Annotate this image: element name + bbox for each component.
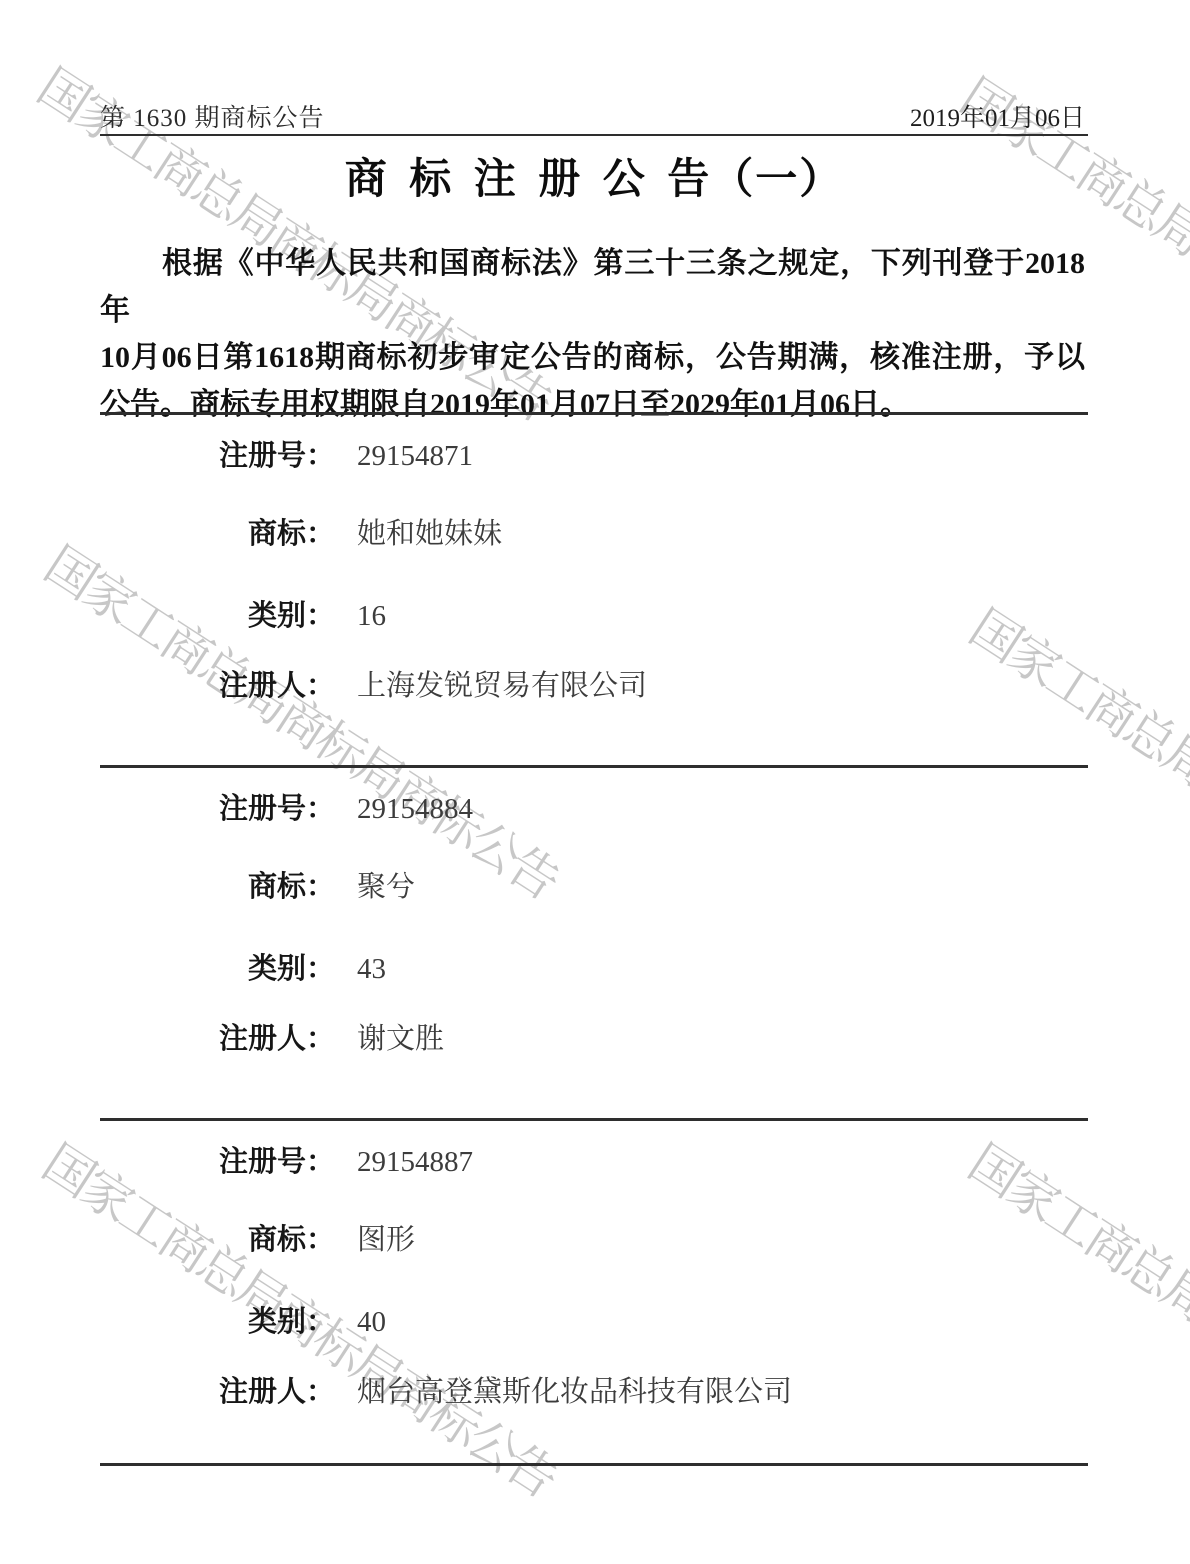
trademark-row: 商标：图形 bbox=[100, 1217, 1088, 1258]
registration-number-label: 注册号： bbox=[100, 786, 335, 827]
registration-number-label: 注册号： bbox=[100, 433, 335, 474]
registration-number-row: 注册号：29154887 bbox=[100, 1139, 1088, 1180]
registrant-label: 注册人： bbox=[100, 663, 335, 704]
category-value: 16 bbox=[357, 600, 386, 633]
registration-number-row: 注册号：29154884 bbox=[100, 786, 1088, 827]
registrant-label: 注册人： bbox=[100, 1016, 335, 1057]
page-title: 商 标 注 册 公 告（一） bbox=[100, 146, 1088, 206]
category-value: 40 bbox=[357, 1306, 386, 1339]
intro-paragraph: 根据《中华人民共和国商标法》第三十三条之规定，下列刊登于2018年 10月06日… bbox=[100, 240, 1085, 428]
trademark-entry: 注册号：29154887 商标：图形 类别：40 注册人：烟台高登黛斯化妆品科技… bbox=[100, 1121, 1088, 1474]
gazette-page: 国家工商总局商标局商标公告 国家工商总局商标局商标公告 国家工商总局商标局商标公… bbox=[0, 0, 1190, 1564]
intro-line: 10月06日第1618期商标初步审定公告的商标，公告期满，核准注册，予以 bbox=[100, 334, 1085, 381]
category-label: 类别： bbox=[100, 1299, 335, 1340]
trademark-label: 商标： bbox=[100, 864, 335, 905]
trademark-row: 商标：聚兮 bbox=[100, 864, 1088, 905]
registration-number-row: 注册号：29154871 bbox=[100, 433, 1088, 474]
registrant-value: 烟台高登黛斯化妆品科技有限公司 bbox=[357, 1369, 792, 1410]
registration-number-label: 注册号： bbox=[100, 1139, 335, 1180]
gazette-date: 2019年01月06日 bbox=[910, 98, 1085, 134]
trademark-value: 聚兮 bbox=[357, 864, 415, 905]
trademark-entry: 注册号：29154871 商标：她和她妹妹 类别：16 注册人：上海发锐贸易有限… bbox=[100, 415, 1088, 768]
registration-number-value: 29154887 bbox=[357, 1146, 473, 1179]
intro-line: 根据《中华人民共和国商标法》第三十三条之规定，下列刊登于2018年 bbox=[100, 240, 1085, 334]
registrant-value: 谢文胜 bbox=[357, 1016, 444, 1057]
trademark-value: 图形 bbox=[357, 1217, 415, 1258]
trademark-label: 商标： bbox=[100, 511, 335, 552]
registrant-label: 注册人： bbox=[100, 1369, 335, 1410]
gazette-issue-number: 第 1630 期商标公告 bbox=[100, 98, 325, 134]
category-label: 类别： bbox=[100, 946, 335, 987]
trademark-row: 商标：她和她妹妹 bbox=[100, 511, 1088, 552]
category-label: 类别： bbox=[100, 593, 335, 634]
category-row: 类别：40 bbox=[100, 1299, 1088, 1340]
registrant-row: 注册人：谢文胜 bbox=[100, 1016, 1088, 1057]
category-row: 类别：16 bbox=[100, 593, 1088, 634]
registration-number-value: 29154871 bbox=[357, 440, 473, 473]
category-row: 类别：43 bbox=[100, 946, 1088, 987]
registrant-row: 注册人：上海发锐贸易有限公司 bbox=[100, 663, 1088, 704]
trademark-entry: 注册号：29154884 商标：聚兮 类别：43 注册人：谢文胜 bbox=[100, 768, 1088, 1121]
registrant-row: 注册人：烟台高登黛斯化妆品科技有限公司 bbox=[100, 1369, 1088, 1410]
registration-number-value: 29154884 bbox=[357, 793, 473, 826]
trademark-value: 她和她妹妹 bbox=[357, 511, 502, 552]
header-rule bbox=[100, 134, 1088, 136]
page-content: 第 1630 期商标公告 2019年01月06日 商 标 注 册 公 告（一） … bbox=[0, 0, 1190, 1564]
registrant-value: 上海发锐贸易有限公司 bbox=[357, 663, 647, 704]
trademark-label: 商标： bbox=[100, 1217, 335, 1258]
category-value: 43 bbox=[357, 953, 386, 986]
